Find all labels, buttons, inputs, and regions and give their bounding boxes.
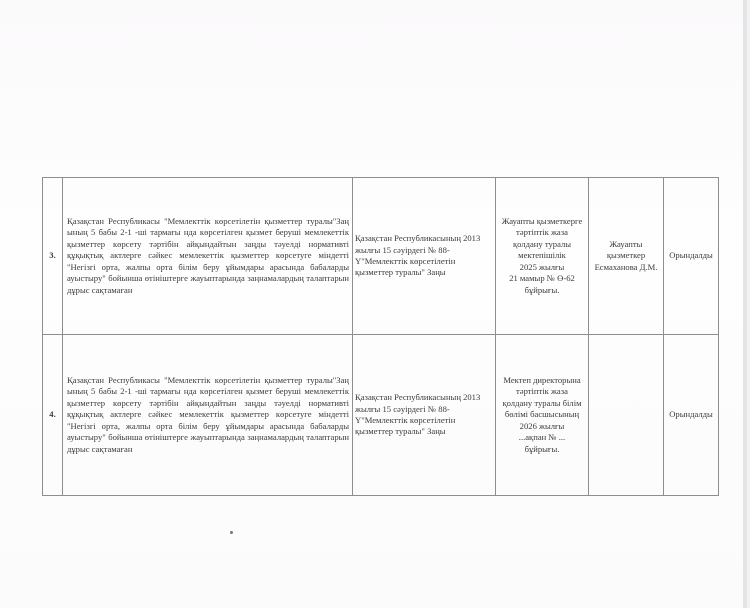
order-line: 2026 жылғы	[498, 421, 586, 432]
legal-basis: Қазақстан Республикасының 2013 жылғы 15 …	[353, 335, 496, 496]
order-line: бұйрығы.	[498, 285, 586, 296]
disciplinary-order: Мектеп директорына тәртіптік жаза қолдан…	[496, 335, 589, 496]
legal-basis: Қазақстан Республикасының 2013 жылғы 15 …	[353, 178, 496, 335]
order-line: мектепішілік	[498, 250, 586, 261]
order-line: бөлімі басшысының	[498, 409, 586, 420]
table-row: 3. Қазақстан Республикасы "Мемлекттік кө…	[43, 178, 719, 335]
order-line: 21 мамыр № Ө-62	[498, 273, 586, 284]
status-cell: Орындалды	[664, 335, 719, 496]
order-line: ...ақпан № ...	[498, 432, 586, 443]
order-line: қолдану туралы	[498, 239, 586, 250]
table-row: 4. Қазақстан Республикасы "Мемлекттік кө…	[43, 335, 719, 496]
row-number: 4.	[43, 335, 63, 496]
order-line: Мектеп директорына	[498, 375, 586, 386]
person-line: Жауапты	[591, 239, 661, 250]
order-line: тәртіптік жаза	[498, 386, 586, 397]
violations-table: 3. Қазақстан Республикасы "Мемлекттік кө…	[42, 177, 719, 496]
row-number: 3.	[43, 178, 63, 335]
order-line: қолдану туралы білім	[498, 398, 586, 409]
order-line: бұйрығы.	[498, 444, 586, 455]
order-line: тәртіптік жаза	[498, 227, 586, 238]
scan-speck	[230, 531, 233, 534]
order-line: Жауапты қызметкерге	[498, 216, 586, 227]
violation-description: Қазақстан Республикасы "Мемлекттік көрсе…	[63, 178, 353, 335]
disciplinary-order: Жауапты қызметкерге тәртіптік жаза қолда…	[496, 178, 589, 335]
status-cell: Орындалды	[664, 178, 719, 335]
order-line: 2025 жылғы	[498, 262, 586, 273]
responsible-person	[589, 335, 664, 496]
responsible-person: Жауапты қызметкер Есмаханова Д.М.	[589, 178, 664, 335]
violation-description: Қазақстан Республикасы "Мемлекттік көрсе…	[63, 335, 353, 496]
person-line: қызметкер	[591, 250, 661, 261]
person-line: Есмаханова Д.М.	[591, 262, 661, 273]
